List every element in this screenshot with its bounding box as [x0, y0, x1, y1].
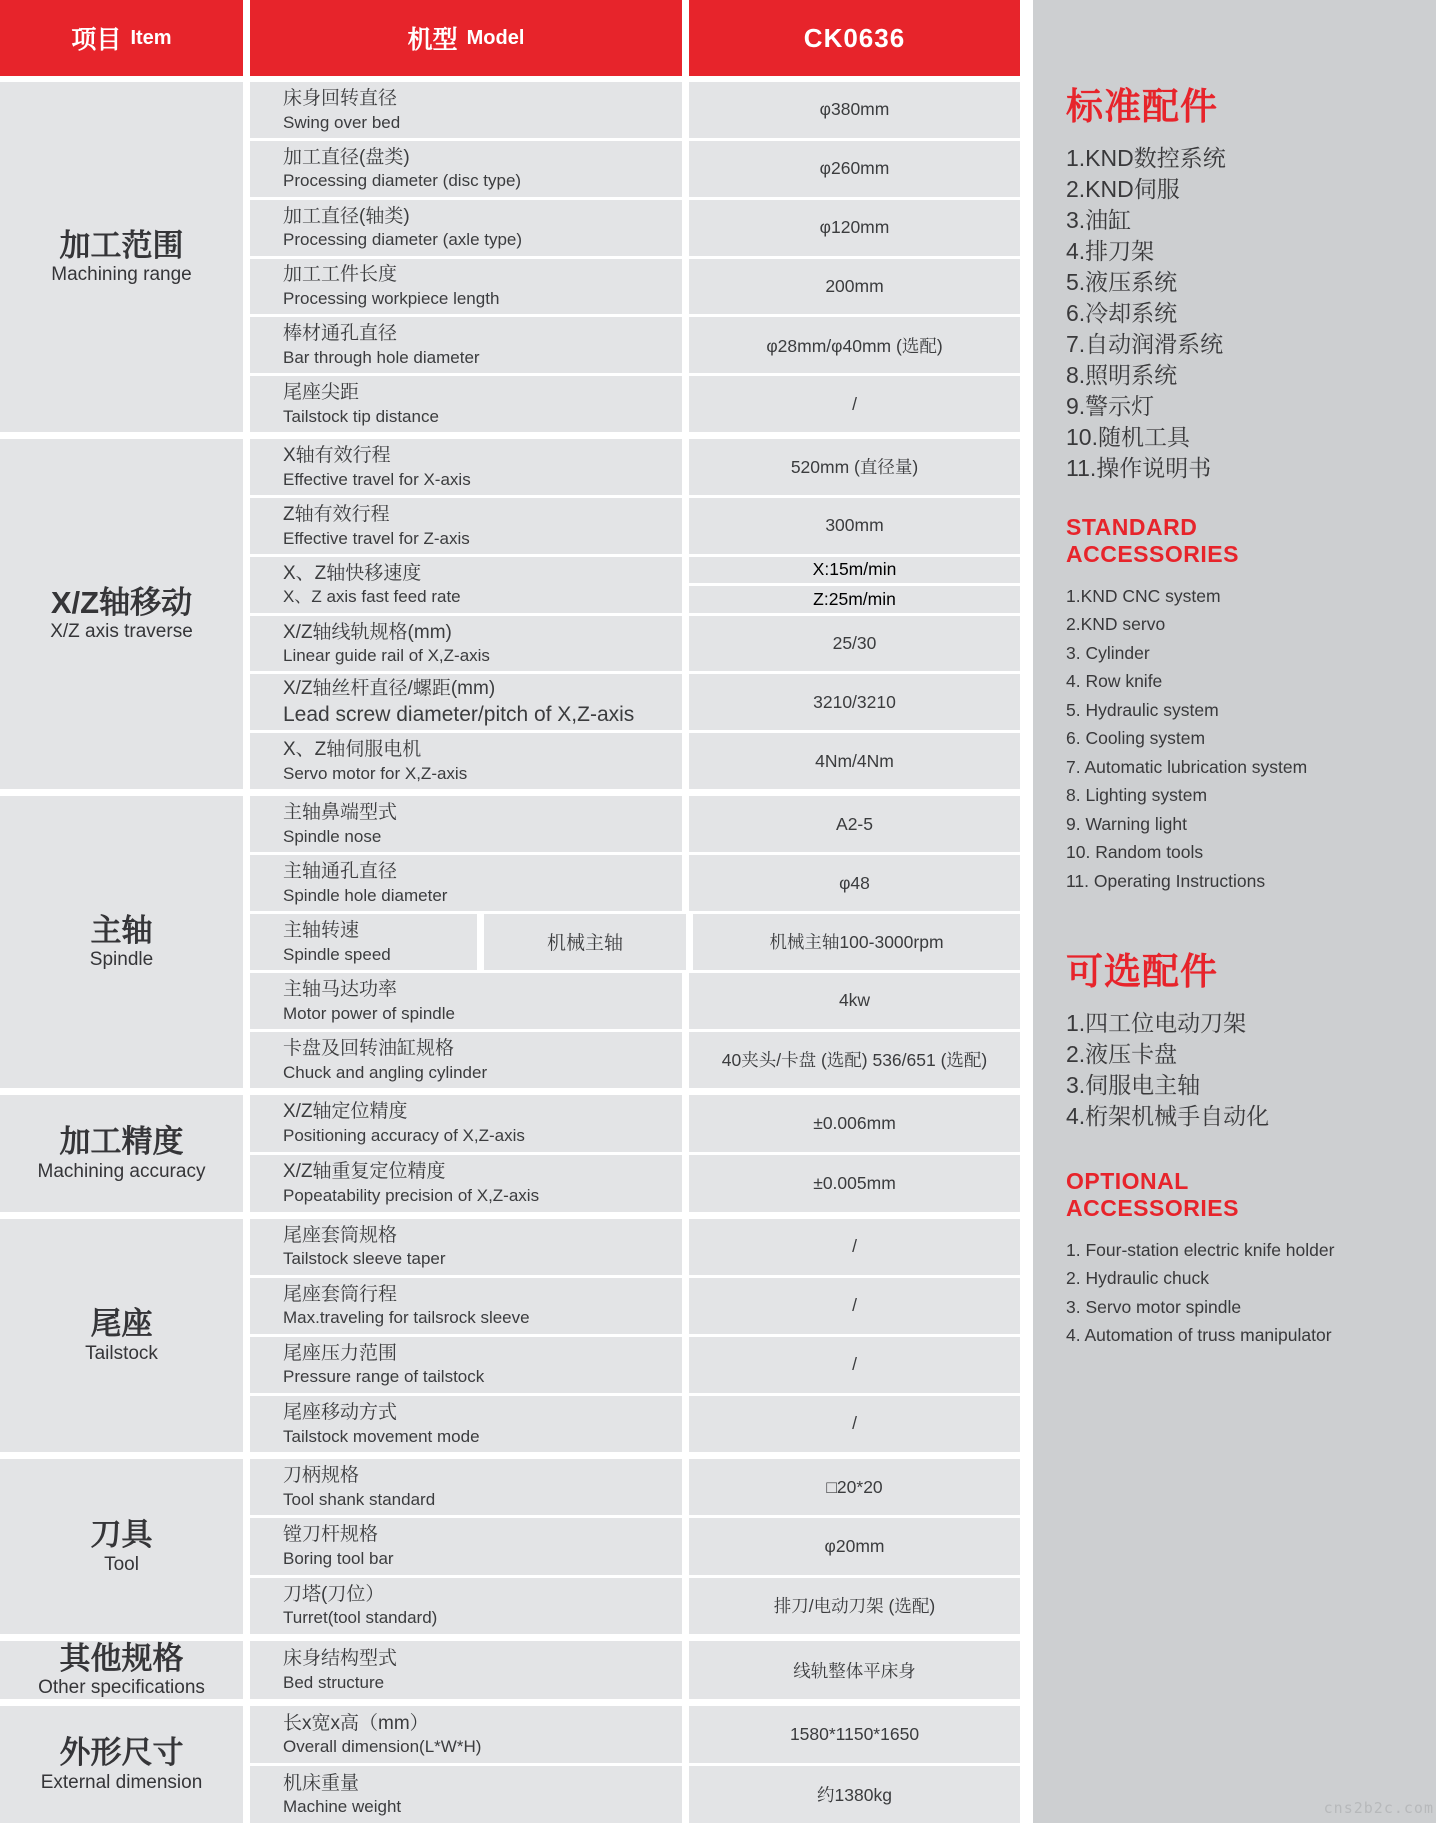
- row-label-cell: 尾座移动方式Tailstock movement mode: [250, 1396, 682, 1452]
- row-label-en: Turret(tool standard): [283, 1607, 682, 1628]
- row-label-cell: 尾座压力范围Pressure range of tailstock: [250, 1337, 682, 1393]
- row-label-zh: X、Z轴伺服电机: [283, 738, 682, 763]
- table-row: 加工工件长度Processing workpiece length200mm: [250, 259, 1020, 315]
- row-value-cell: /: [689, 1396, 1020, 1452]
- row-label-en: Overall dimension(L*W*H): [283, 1736, 682, 1757]
- row-label-zh: 主轴转速: [283, 919, 477, 944]
- header-cell-item: 项目 Item: [0, 0, 243, 76]
- section-6: 其他规格Other specifications床身结构型式Bed struct…: [0, 1641, 1020, 1699]
- table-row: 尾座尖距Tailstock tip distance/: [250, 376, 1020, 432]
- row-label-cell: 尾座套筒行程Max.traveling for tailsrock sleeve: [250, 1278, 682, 1334]
- list-item: 10.随机工具: [1066, 422, 1426, 453]
- table-row: X、Z轴快移速度X、Z axis fast feed rateX:15m/min…: [250, 557, 1020, 613]
- table-row: X/Z轴线轨规格(mm)Linear guide rail of X,Z-axi…: [250, 616, 1020, 672]
- list-item: 3. Cylinder: [1066, 639, 1426, 668]
- row-value-cell: 300mm: [689, 498, 1020, 554]
- list-item: 4.排刀架: [1066, 236, 1426, 267]
- row-label-zh: X/Z轴丝杆直径/螺距(mm): [283, 677, 682, 702]
- row-label-zh: X/Z轴定位精度: [283, 1100, 682, 1125]
- row-label-en: Boring tool bar: [283, 1548, 682, 1569]
- spec-table: 项目 Item 机型 Model CK0636 加工范围Machining ra…: [0, 0, 1020, 1823]
- section-rows: X轴有效行程Effective travel for X-axis520mm (…: [250, 439, 1020, 789]
- list-item: 11.操作说明书: [1066, 453, 1426, 484]
- section-7: 外形尺寸External dimension长x宽x高（mm）Overall d…: [0, 1706, 1020, 1823]
- row-label-zh: 加工工件长度: [283, 263, 682, 288]
- row-value-cell: 200mm: [689, 259, 1020, 315]
- header-cell-model-value: CK0636: [689, 0, 1020, 76]
- row-value-cell: 3210/3210: [689, 674, 1020, 730]
- row-value-cell: φ120mm: [689, 200, 1020, 256]
- list-item: 5.液压系统: [1066, 267, 1426, 298]
- row-label-cell: X/Z轴定位精度Positioning accuracy of X,Z-axis: [250, 1095, 682, 1152]
- list-item: 1. Four-station electric knife holder: [1066, 1236, 1426, 1265]
- header-item-zh: 项目: [71, 20, 121, 56]
- list-item: 9. Warning light: [1066, 810, 1426, 839]
- row-label-en: Popeatability precision of X,Z-axis: [283, 1185, 682, 1206]
- optional-accessories-title-zh: 可选配件: [1066, 953, 1426, 992]
- table-row: 尾座移动方式Tailstock movement mode/: [250, 1396, 1020, 1452]
- list-item: 5. Hydraulic system: [1066, 696, 1426, 725]
- section-item-cell: 刀具Tool: [0, 1459, 243, 1634]
- row-label-zh: 卡盘及回转油缸规格: [283, 1037, 682, 1062]
- standard-accessories-title-zh: 标准配件: [1066, 88, 1426, 127]
- list-item: 2.液压卡盘: [1066, 1039, 1426, 1070]
- row-label-cell: 床身回转直径Swing over bed: [250, 82, 682, 138]
- row-value-cell: /: [689, 1278, 1020, 1334]
- section-rows: 刀柄规格Tool shank standard□20*20镗刀杆规格Boring…: [250, 1459, 1020, 1634]
- row-label-cell: X轴有效行程Effective travel for X-axis: [250, 439, 682, 495]
- section-item-en: Machining range: [51, 265, 191, 286]
- section-item-cell: 加工范围Machining range: [0, 82, 243, 432]
- row-label-zh: 床身回转直径: [283, 87, 682, 112]
- table-row: X轴有效行程Effective travel for X-axis520mm (…: [250, 439, 1020, 495]
- table-row: 机床重量Machine weight约1380kg: [250, 1766, 1020, 1823]
- row-label-cell: 机床重量Machine weight: [250, 1766, 682, 1823]
- list-item: 4.桁架机械手自动化: [1066, 1101, 1426, 1132]
- row-label-cell: 尾座套筒规格Tailstock sleeve taper: [250, 1219, 682, 1275]
- standard-accessories-list-en: 1.KND CNC system2.KND servo3. Cylinder4.…: [1066, 582, 1426, 896]
- row-label-cell: 加工工件长度Processing workpiece length: [250, 259, 682, 315]
- row-label-zh: X/Z轴线轨规格(mm): [283, 621, 682, 646]
- row-label-en: Swing over bed: [283, 112, 682, 133]
- row-label-zh: Z轴有效行程: [283, 503, 682, 528]
- row-label-zh: 刀柄规格: [283, 1464, 682, 1489]
- row-label-cell: 床身结构型式Bed structure: [250, 1641, 682, 1699]
- row-value-cell: φ20mm: [689, 1518, 1020, 1574]
- row-label-en: Linear guide rail of X,Z-axis: [283, 645, 682, 666]
- list-item: 2.KND伺服: [1066, 174, 1426, 205]
- row-value-cell: 线轨整体平床身: [689, 1641, 1020, 1699]
- row-label-zh: 长x宽x高（mm）: [283, 1712, 682, 1737]
- row-value-cell: /: [689, 1219, 1020, 1275]
- row-label-en: Processing diameter (disc type): [283, 170, 682, 191]
- section-rows: X/Z轴定位精度Positioning accuracy of X,Z-axis…: [250, 1095, 1020, 1212]
- row-value-cell: φ48: [689, 855, 1020, 911]
- table-row: 镗刀杆规格Boring tool barφ20mm: [250, 1518, 1020, 1574]
- row-label-en: Spindle nose: [283, 826, 682, 847]
- section-item-cell: X/Z轴移动X/Z axis traverse: [0, 439, 243, 789]
- row-label-en: Bed structure: [283, 1672, 682, 1693]
- table-row: 加工直径(盘类)Processing diameter (disc type)φ…: [250, 141, 1020, 197]
- row-label-en: Tool shank standard: [283, 1489, 682, 1510]
- row-label-zh: 床身结构型式: [283, 1647, 682, 1672]
- row-label-en: Servo motor for X,Z-axis: [283, 763, 682, 784]
- section-rows: 主轴鼻端型式Spindle noseA2-5主轴通孔直径Spindle hole…: [250, 796, 1020, 1088]
- list-item: 3.伺服电主轴: [1066, 1070, 1426, 1101]
- row-label-cell: 主轴鼻端型式Spindle nose: [250, 796, 682, 852]
- row-value-cell: 40夹头/卡盘 (选配) 536/651 (选配): [689, 1032, 1020, 1088]
- section-item-cell: 加工精度Machining accuracy: [0, 1095, 243, 1212]
- row-label-zh: 主轴马达功率: [283, 978, 682, 1003]
- row-value-cell: A2-5: [689, 796, 1020, 852]
- section-item-cell: 尾座Tailstock: [0, 1219, 243, 1452]
- list-item: 4. Row knife: [1066, 667, 1426, 696]
- table-row: X/Z轴丝杆直径/螺距(mm)Lead screw diameter/pitch…: [250, 674, 1020, 730]
- row-label-en: Processing workpiece length: [283, 288, 682, 309]
- section-rows: 床身结构型式Bed structure线轨整体平床身: [250, 1641, 1020, 1699]
- section-4: 尾座Tailstock尾座套筒规格Tailstock sleeve taper/…: [0, 1219, 1020, 1452]
- table-row: X/Z轴重复定位精度Popeatability precision of X,Z…: [250, 1155, 1020, 1212]
- list-item: 1.KND数控系统: [1066, 143, 1426, 174]
- row-label-cell: 刀柄规格Tool shank standard: [250, 1459, 682, 1515]
- section-0: 加工范围Machining range床身回转直径Swing over bedφ…: [0, 82, 1020, 432]
- title-line: OPTIONAL: [1066, 1168, 1426, 1195]
- row-label-cell: Z轴有效行程Effective travel for Z-axis: [250, 498, 682, 554]
- row-label-cell: 主轴马达功率Motor power of spindle: [250, 973, 682, 1029]
- row-label-en: Max.traveling for tailsrock sleeve: [283, 1307, 682, 1328]
- row-label-zh: 尾座尖距: [283, 381, 682, 406]
- row-value-cell: □20*20: [689, 1459, 1020, 1515]
- row-label-zh: 刀塔(刀位）: [283, 1583, 682, 1608]
- row-label-cell: 镗刀杆规格Boring tool bar: [250, 1518, 682, 1574]
- section-item-zh: 其他规格: [60, 1641, 184, 1677]
- row-mid-cell: 机械主轴: [484, 914, 686, 970]
- table-row: 主轴转速Spindle speed机械主轴机械主轴100-3000rpm: [250, 914, 1020, 970]
- list-item: 6. Cooling system: [1066, 724, 1426, 753]
- row-label-zh: 尾座套筒规格: [283, 1224, 682, 1249]
- row-label-zh: 机床重量: [283, 1772, 682, 1797]
- section-item-en: Other specifications: [38, 1678, 205, 1699]
- table-body: 加工范围Machining range床身回转直径Swing over bedφ…: [0, 82, 1020, 1823]
- section-item-en: X/Z axis traverse: [50, 622, 193, 643]
- row-value-cell: 排刀/电动刀架 (选配): [689, 1578, 1020, 1634]
- row-label-cell: X/Z轴重复定位精度Popeatability precision of X,Z…: [250, 1155, 682, 1212]
- section-item-zh: 外形尺寸: [60, 1735, 184, 1771]
- table-row: 尾座压力范围Pressure range of tailstock/: [250, 1337, 1020, 1393]
- row-label-zh: 加工直径(盘类): [283, 146, 682, 171]
- list-item: 1.四工位电动刀架: [1066, 1008, 1426, 1039]
- row-label-en: Processing diameter (axle type): [283, 229, 682, 250]
- row-value-half: X:15m/min: [689, 557, 1020, 583]
- row-label-en: Spindle speed: [283, 944, 477, 965]
- row-label-en: Motor power of spindle: [283, 1003, 682, 1024]
- title-line: ACCESSORIES: [1066, 1195, 1426, 1222]
- row-label-zh: X、Z轴快移速度: [283, 562, 682, 587]
- row-label-zh: 主轴通孔直径: [283, 860, 682, 885]
- section-item-cell: 外形尺寸External dimension: [0, 1706, 243, 1823]
- row-value-cell: 约1380kg: [689, 1766, 1020, 1823]
- row-label-en: Effective travel for Z-axis: [283, 528, 682, 549]
- list-item: 4. Automation of truss manipulator: [1066, 1321, 1426, 1350]
- table-header: 项目 Item 机型 Model CK0636: [0, 0, 1020, 76]
- row-value-cell: /: [689, 376, 1020, 432]
- list-item: 3. Servo motor spindle: [1066, 1293, 1426, 1322]
- row-label-cell: 长x宽x高（mm）Overall dimension(L*W*H): [250, 1706, 682, 1763]
- row-value-cell: 1580*1150*1650: [689, 1706, 1020, 1763]
- table-row: Z轴有效行程Effective travel for Z-axis300mm: [250, 498, 1020, 554]
- row-label-cell: X、Z轴快移速度X、Z axis fast feed rate: [250, 557, 682, 613]
- row-value-cell: ±0.006mm: [689, 1095, 1020, 1152]
- row-label-zh: 尾座套筒行程: [283, 1283, 682, 1308]
- row-value-cell: 机械主轴100-3000rpm: [693, 914, 1020, 970]
- row-label-cell: 加工直径(轴类)Processing diameter (axle type): [250, 200, 682, 256]
- section-rows: 长x宽x高（mm）Overall dimension(L*W*H)1580*11…: [250, 1706, 1020, 1823]
- row-label-en: Spindle hole diameter: [283, 885, 682, 906]
- row-value-cell: /: [689, 1337, 1020, 1393]
- accessories-sidebar: 标准配件 1.KND数控系统2.KND伺服3.油缸4.排刀架5.液压系统6.冷却…: [1033, 0, 1436, 1823]
- row-value-cell: φ380mm: [689, 82, 1020, 138]
- row-label-en: Positioning accuracy of X,Z-axis: [283, 1125, 682, 1146]
- standard-accessories-list-zh: 1.KND数控系统2.KND伺服3.油缸4.排刀架5.液压系统6.冷却系统7.自…: [1066, 143, 1426, 484]
- table-row: 尾座套筒规格Tailstock sleeve taper/: [250, 1219, 1020, 1275]
- section-item-zh: 加工范围: [60, 228, 184, 264]
- row-label-cell: 刀塔(刀位）Turret(tool standard): [250, 1578, 682, 1634]
- list-item: 11. Operating Instructions: [1066, 867, 1426, 896]
- row-value-cell: φ28mm/φ40mm (选配): [689, 317, 1020, 373]
- section-item-zh: 主轴: [91, 913, 153, 949]
- table-row: 主轴马达功率Motor power of spindle4kw: [250, 973, 1020, 1029]
- list-item: 2.KND servo: [1066, 610, 1426, 639]
- section-item-cell: 其他规格Other specifications: [0, 1641, 243, 1699]
- list-item: 2. Hydraulic chuck: [1066, 1264, 1426, 1293]
- table-row: 主轴鼻端型式Spindle noseA2-5: [250, 796, 1020, 852]
- row-value-cell: 25/30: [689, 616, 1020, 672]
- row-label-en: Lead screw diameter/pitch of X,Z-axis: [283, 702, 682, 728]
- table-row: 加工直径(轴类)Processing diameter (axle type)φ…: [250, 200, 1020, 256]
- standard-accessories-title-en: STANDARDACCESSORIES: [1066, 514, 1426, 568]
- section-item-en: Tailstock: [85, 1344, 158, 1365]
- table-row: 尾座套筒行程Max.traveling for tailsrock sleeve…: [250, 1278, 1020, 1334]
- title-line: STANDARD: [1066, 514, 1426, 541]
- list-item: 8.照明系统: [1066, 360, 1426, 391]
- header-model-zh: 机型: [408, 20, 458, 56]
- header-model-en: Model: [467, 27, 525, 50]
- row-label-en: Machine weight: [283, 1796, 682, 1817]
- row-value-cell: 4kw: [689, 973, 1020, 1029]
- row-label-en: Effective travel for X-axis: [283, 469, 682, 490]
- row-label-zh: 主轴鼻端型式: [283, 801, 682, 826]
- row-label-cell: X、Z轴伺服电机Servo motor for X,Z-axis: [250, 733, 682, 789]
- section-5: 刀具Tool刀柄规格Tool shank standard□20*20镗刀杆规格…: [0, 1459, 1020, 1634]
- list-item: 10. Random tools: [1066, 838, 1426, 867]
- row-value-cell: φ260mm: [689, 141, 1020, 197]
- section-rows: 尾座套筒规格Tailstock sleeve taper/尾座套筒行程Max.t…: [250, 1219, 1020, 1452]
- list-item: 9.警示灯: [1066, 391, 1426, 422]
- row-label-zh: X轴有效行程: [283, 444, 682, 469]
- table-row: 刀塔(刀位）Turret(tool standard)排刀/电动刀架 (选配): [250, 1578, 1020, 1634]
- section-2: 主轴Spindle主轴鼻端型式Spindle noseA2-5主轴通孔直径Spi…: [0, 796, 1020, 1088]
- optional-accessories-list-zh: 1.四工位电动刀架2.液压卡盘3.伺服电主轴4.桁架机械手自动化: [1066, 1008, 1426, 1132]
- header-item-en: Item: [130, 27, 171, 50]
- list-item: 6.冷却系统: [1066, 298, 1426, 329]
- table-row: 床身结构型式Bed structure线轨整体平床身: [250, 1641, 1020, 1699]
- table-row: 主轴通孔直径Spindle hole diameterφ48: [250, 855, 1020, 911]
- section-item-zh: X/Z轴移动: [51, 585, 192, 621]
- row-label-zh: 镗刀杆规格: [283, 1523, 682, 1548]
- row-label-cell: 尾座尖距Tailstock tip distance: [250, 376, 682, 432]
- row-label-zh: X/Z轴重复定位精度: [283, 1160, 682, 1185]
- title-line: ACCESSORIES: [1066, 541, 1426, 568]
- row-label-en: X、Z axis fast feed rate: [283, 586, 682, 607]
- row-label-en: Tailstock movement mode: [283, 1426, 682, 1447]
- section-item-zh: 刀具: [91, 1517, 153, 1553]
- row-value-cell: ±0.005mm: [689, 1155, 1020, 1212]
- section-item-zh: 尾座: [91, 1306, 153, 1342]
- table-row: 床身回转直径Swing over bedφ380mm: [250, 82, 1020, 138]
- row-value-cell-split: X:15m/minZ:25m/min: [689, 557, 1020, 613]
- row-label-zh: 棒材通孔直径: [283, 322, 682, 347]
- row-label-cell: 棒材通孔直径Bar through hole diameter: [250, 317, 682, 373]
- row-label-cell: X/Z轴丝杆直径/螺距(mm)Lead screw diameter/pitch…: [250, 674, 682, 730]
- row-label-en: Tailstock sleeve taper: [283, 1248, 682, 1269]
- row-value-cell: 520mm (直径量): [689, 439, 1020, 495]
- table-row: X、Z轴伺服电机Servo motor for X,Z-axis4Nm/4Nm: [250, 733, 1020, 789]
- row-label-zh: 尾座压力范围: [283, 1342, 682, 1367]
- row-label-cell: X/Z轴线轨规格(mm)Linear guide rail of X,Z-axi…: [250, 616, 682, 672]
- list-item: 7. Automatic lubrication system: [1066, 753, 1426, 782]
- header-cell-model: 机型 Model: [250, 0, 682, 76]
- row-label-en: Tailstock tip distance: [283, 406, 682, 427]
- row-label-cell: 主轴转速Spindle speed: [250, 914, 477, 970]
- table-row: 棒材通孔直径Bar through hole diameterφ28mm/φ40…: [250, 317, 1020, 373]
- optional-accessories-list-en: 1. Four-station electric knife holder2. …: [1066, 1236, 1426, 1350]
- section-item-en: Tool: [104, 1555, 139, 1576]
- table-row: 长x宽x高（mm）Overall dimension(L*W*H)1580*11…: [250, 1706, 1020, 1763]
- section-rows: 床身回转直径Swing over bedφ380mm加工直径(盘类)Proces…: [250, 82, 1020, 432]
- optional-accessories-title-en: OPTIONALACCESSORIES: [1066, 1168, 1426, 1222]
- table-row: 卡盘及回转油缸规格Chuck and angling cylinder40夹头/…: [250, 1032, 1020, 1088]
- row-label-zh: 尾座移动方式: [283, 1401, 682, 1426]
- watermark: cns2b2c.com: [1324, 1799, 1434, 1817]
- list-item: 3.油缸: [1066, 205, 1426, 236]
- row-label-en: Chuck and angling cylinder: [283, 1062, 682, 1083]
- row-value-half: Z:25m/min: [689, 586, 1020, 612]
- row-label-en: Bar through hole diameter: [283, 347, 682, 368]
- section-3: 加工精度Machining accuracyX/Z轴定位精度Positionin…: [0, 1095, 1020, 1212]
- row-label-cell: 卡盘及回转油缸规格Chuck and angling cylinder: [250, 1032, 682, 1088]
- row-value-cell: 4Nm/4Nm: [689, 733, 1020, 789]
- section-item-cell: 主轴Spindle: [0, 796, 243, 1088]
- table-row: 刀柄规格Tool shank standard□20*20: [250, 1459, 1020, 1515]
- list-item: 7.自动润滑系统: [1066, 329, 1426, 360]
- section-item-en: External dimension: [41, 1773, 203, 1794]
- list-item: 8. Lighting system: [1066, 781, 1426, 810]
- row-label-en: Pressure range of tailstock: [283, 1366, 682, 1387]
- section-item-en: Machining accuracy: [38, 1162, 206, 1183]
- section-item-en: Spindle: [90, 950, 153, 971]
- table-row: X/Z轴定位精度Positioning accuracy of X,Z-axis…: [250, 1095, 1020, 1152]
- row-label-zh: 加工直径(轴类): [283, 205, 682, 230]
- list-item: 1.KND CNC system: [1066, 582, 1426, 611]
- section-1: X/Z轴移动X/Z axis traverseX轴有效行程Effective t…: [0, 439, 1020, 789]
- section-item-zh: 加工精度: [60, 1124, 184, 1160]
- row-label-cell: 主轴通孔直径Spindle hole diameter: [250, 855, 682, 911]
- row-label-cell: 加工直径(盘类)Processing diameter (disc type): [250, 141, 682, 197]
